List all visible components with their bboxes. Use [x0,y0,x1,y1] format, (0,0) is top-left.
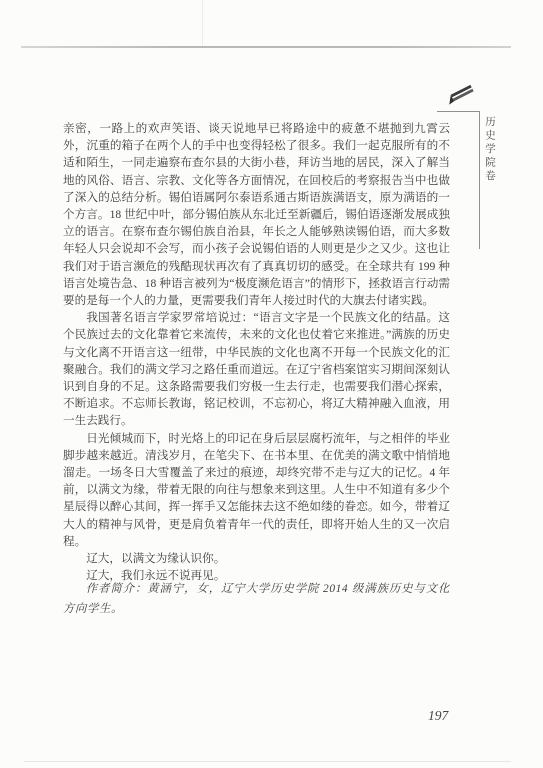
page-number: 197 [428,708,448,724]
article-body: 亲密，一路上的欢声笑语、谈天说地早已将路途中的疲惫不堪抛到九霄云外，沉重的箱子在… [63,120,450,584]
paragraph: 我国著名语言学家罗常培说过：“语言文字是一个民族文化的结晶。这个民族过去的文化靠… [63,309,450,429]
paragraph: 日光倾城而下，时光烙上的印记在身后层层腐朽流年，与之相伴的毕业脚步越来越近。清浅… [63,430,450,550]
sidebar-volume-label: 历史学院卷 [482,116,497,184]
bottom-edge-scan-line [24,761,511,762]
top-rule [21,46,511,48]
book-page: 历史学院卷 亲密，一路上的欢声笑语、谈天说地早已将路途中的疲惫不堪抛到九霄云外，… [0,0,543,768]
paragraph: 亲密，一路上的欢声笑语、谈天说地早已将路途中的疲惫不堪抛到九霄云外，沉重的箱子在… [63,120,450,309]
paragraph: 辽大，以满文为缘认识你。 [63,550,450,567]
author-bio: 作者简介：黄涵宁，女，辽宁大学历史学院 2014 级满族历史与文化方向学生。 [63,580,450,619]
pencil-icon [444,82,478,108]
top-edge-scan-line [202,0,203,47]
